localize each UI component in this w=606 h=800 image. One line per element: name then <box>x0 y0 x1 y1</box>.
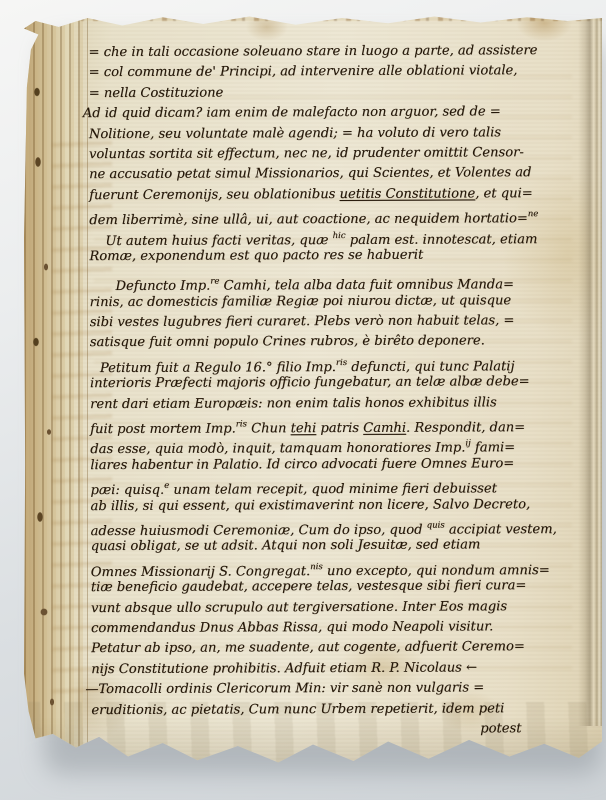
manuscript-line: Romæ, exponendum est quo pacto res se ha… <box>89 245 585 268</box>
manuscript-line: tiæ beneficio gaudebat, accepere telas, … <box>91 576 587 599</box>
manuscript-line: = col commune de' Principi, ad interveni… <box>89 61 585 84</box>
manuscript-line: satisque fuit omni populo Crines rubros,… <box>90 331 586 354</box>
manuscript-line: Petitum fuit a Regulo 16.° filio Imp.ris… <box>100 352 586 375</box>
manuscript-page: = che in tali occasione soleuano stare i… <box>24 12 602 764</box>
manuscript-line: voluntas sortita sit effectum, nec ne, i… <box>89 143 585 166</box>
manuscript-line: —Tomacolli ordinis Clericorum Min: vir s… <box>85 678 587 701</box>
manuscript-line: fuerunt Ceremonijs, seu oblationibus uet… <box>89 184 585 207</box>
manuscript-line: Defuncto Imp.re Camhi, tela alba data fu… <box>115 270 585 292</box>
manuscript-line: quasi obligat, se ut adsit. Atqui non so… <box>91 535 587 558</box>
manuscript-line: Ut autem huius facti veritas, quæ hic pa… <box>105 224 585 246</box>
manuscript-line: eruditionis, ac pietatis, Cum nunc Urbem… <box>91 698 587 721</box>
manuscript-line: pæi: quisq.e unam telam recepit, quod mi… <box>90 474 586 497</box>
text-block: = che in tali occasione soleuano stare i… <box>88 41 587 741</box>
manuscript-line: = nella Costituzione <box>89 82 585 105</box>
manuscript-line: Omnes Missionarij S. Congregat.nis uno e… <box>91 556 587 579</box>
manuscript-line: = che in tali occasione soleuano stare i… <box>88 41 584 64</box>
manuscript-line: nijs Constitutione prohibitis. Adfuit et… <box>91 658 587 681</box>
manuscript-line: rent dari etiam Europæis: non enim talis… <box>90 393 586 416</box>
deckle-top-edge <box>24 12 602 21</box>
manuscript-line: dem liberrimè, sine ullâ, ui, aut coacti… <box>89 204 585 227</box>
manuscript-line: ne accusatio petat simul Missionarios, q… <box>89 163 585 186</box>
manuscript-line: commendandus Dnus Abbas Rissa, qui modo … <box>91 617 587 640</box>
manuscript-line: ab illis, si qui essent, qui existimaver… <box>90 495 586 518</box>
manuscript-line: liares habentur in Palatio. Id circo adv… <box>90 454 586 477</box>
manuscript-line: das esse, quia modò, inquit, tamquam hon… <box>90 433 586 456</box>
manuscript-line: Ad id quid dicam? iam enim de malefacto … <box>83 102 585 125</box>
manuscript-line: Petatur ab ipso, an, me suadente, aut co… <box>91 637 587 660</box>
manuscript-line: rinis, ac domesticis familiæ Regiæ poi n… <box>90 291 586 314</box>
manuscript-line: Nolitione, seu voluntate malè agendi; = … <box>89 122 585 145</box>
manuscript-line: adesse huiusmodi Ceremoniæ, Cum do ipso,… <box>91 515 587 538</box>
manuscript-line: interioris Præfecti majoris officio fung… <box>90 372 586 395</box>
manuscript-line: fuit post mortem Imp.ris Chun tehi patri… <box>90 413 586 436</box>
catchword: potest <box>91 719 587 742</box>
manuscript-line: vunt absque ullo scrupulo aut tergiversa… <box>91 596 587 619</box>
manuscript-line: sibi vestes lugubres fieri curaret. Pleb… <box>90 311 586 334</box>
manuscript-scan: = che in tali occasione soleuano stare i… <box>0 0 606 800</box>
